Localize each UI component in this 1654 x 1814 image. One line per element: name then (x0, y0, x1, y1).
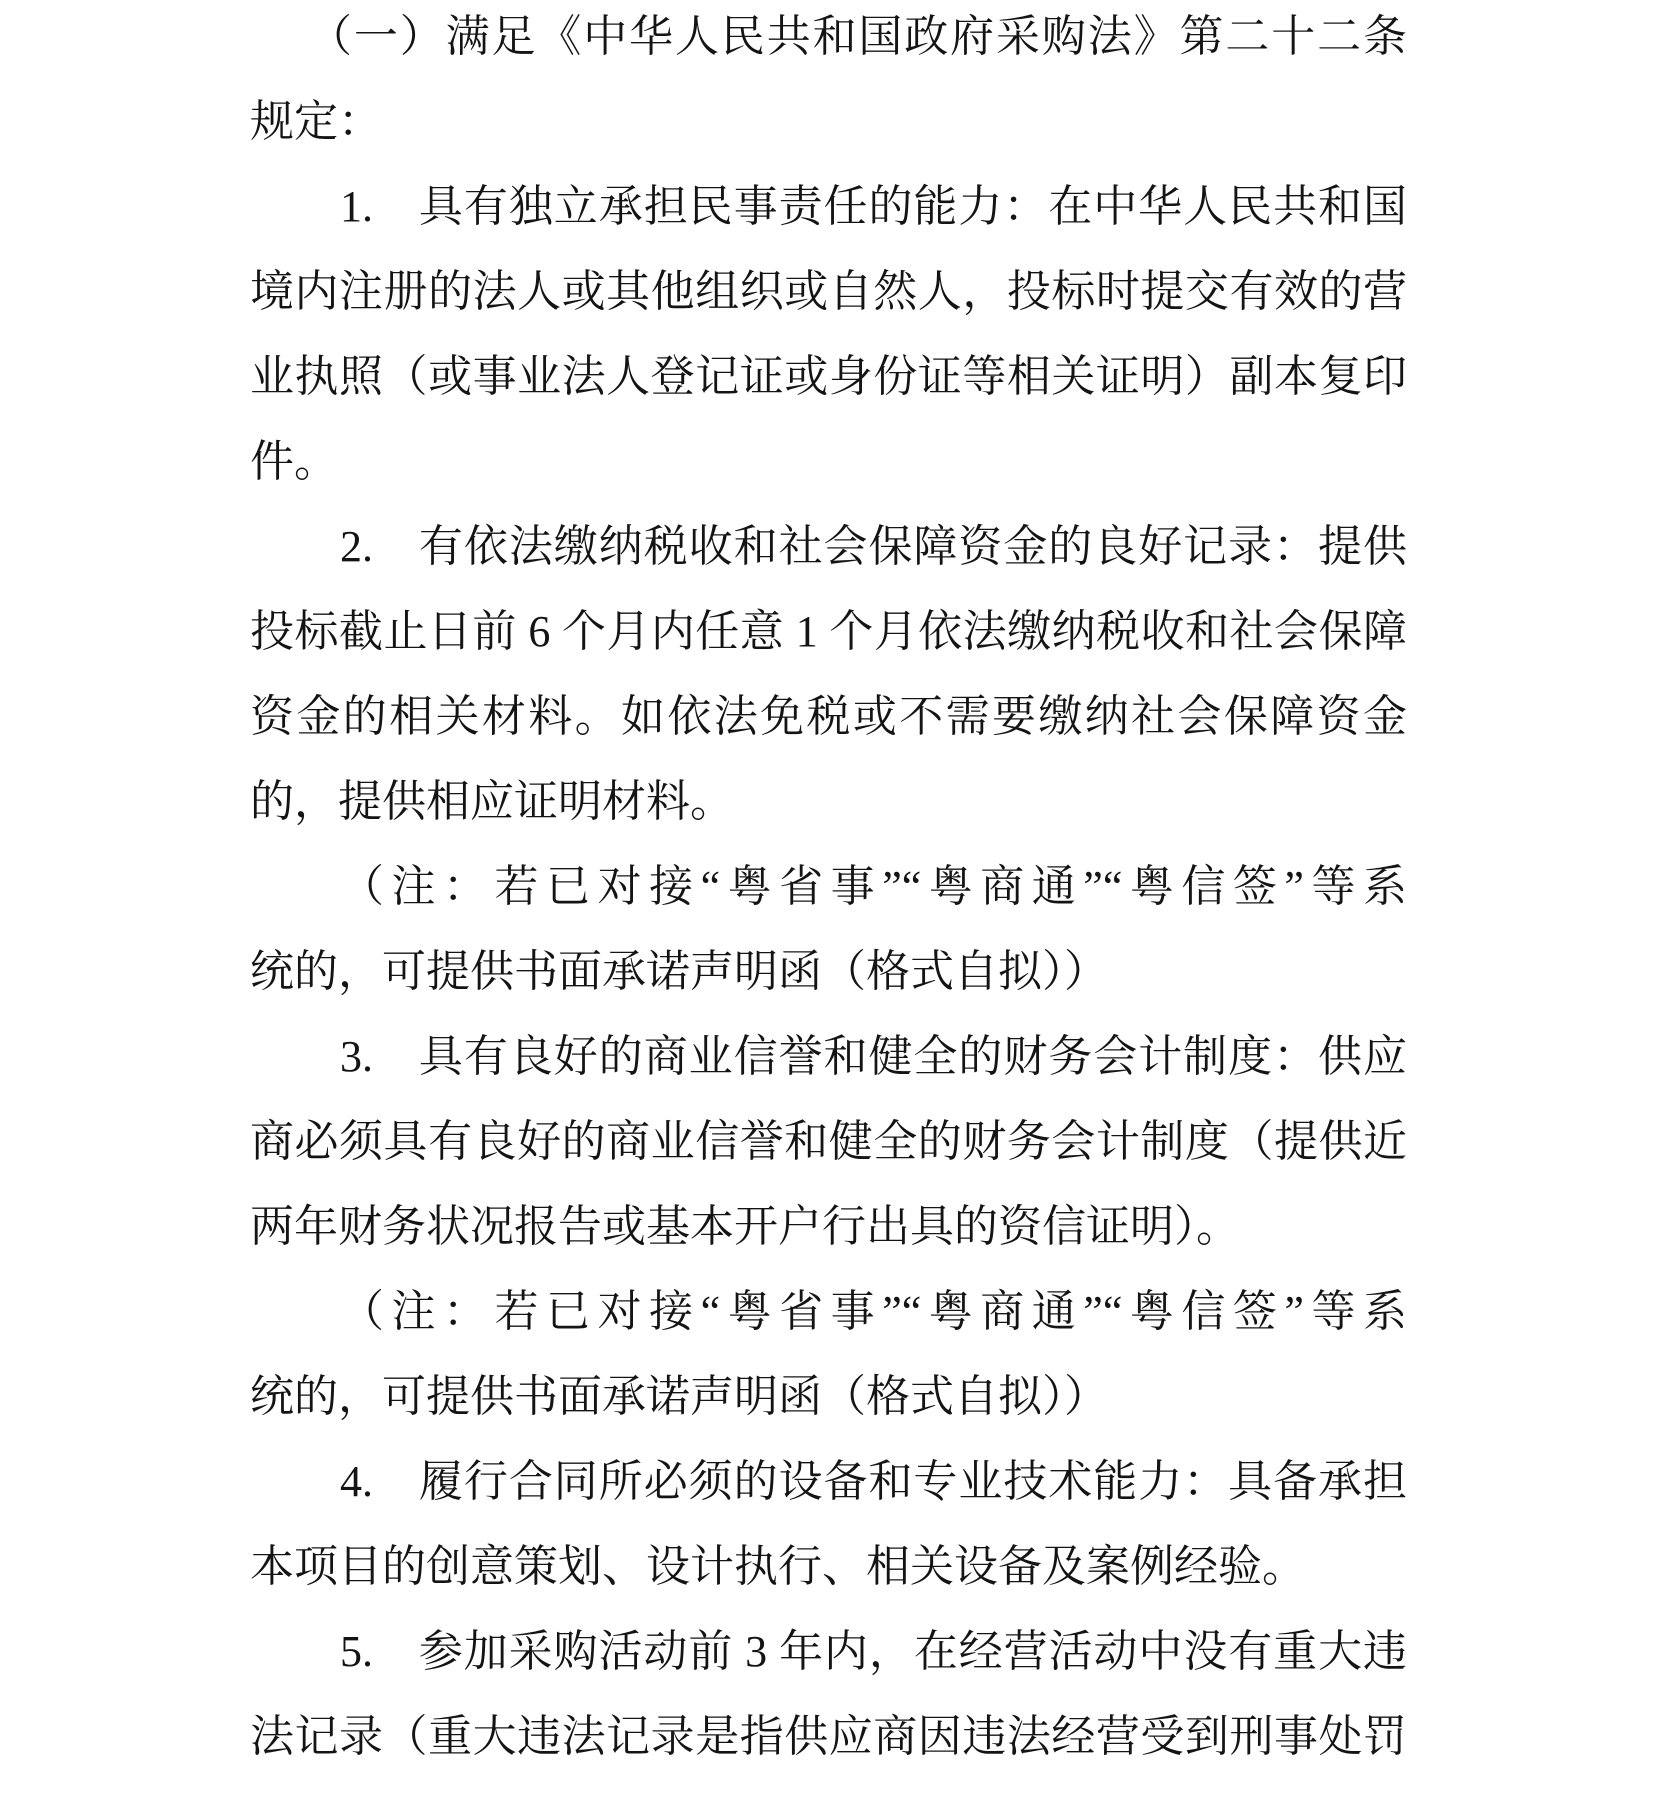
paragraph: 5. 参加采购活动前 3 年内，在经营活动中没有重大违法记录（重大违法记录是指供… (250, 1609, 1407, 1779)
text-line: （注：若已对接“粤省事”“粤商通”“粤信签”等系 (250, 1269, 1407, 1354)
text-line: 本项目的创意策划、设计执行、相关设备及案例经验。 (250, 1524, 1407, 1609)
text-line: 1. 具有独立承担民事责任的能力：在中华人民共和国 (250, 164, 1407, 249)
text-line: 规定： (250, 79, 1407, 164)
text-line: （注：若已对接“粤省事”“粤商通”“粤信签”等系 (250, 844, 1407, 929)
text-line: 2. 有依法缴纳税收和社会保障资金的良好记录：提供 (250, 504, 1407, 589)
text-line: 法记录（重大违法记录是指供应商因违法经营受到刑事处罚 (250, 1694, 1407, 1779)
text-line: 件。 (250, 419, 1407, 504)
document-body: （一）满足《中华人民共和国政府采购法》第二十二条规定：1. 具有独立承担民事责任… (250, 0, 1407, 1779)
text-line: 3. 具有良好的商业信誉和健全的财务会计制度：供应 (250, 1014, 1407, 1099)
text-line: 资金的相关材料。如依法免税或不需要缴纳社会保障资金 (250, 674, 1407, 759)
text-line: 的，提供相应证明材料。 (250, 759, 1407, 844)
text-line: 统的，可提供书面承诺声明函（格式自拟）） (250, 1354, 1407, 1439)
paragraph: （注：若已对接“粤省事”“粤商通”“粤信签”等系统的，可提供书面承诺声明函（格式… (250, 844, 1407, 1014)
text-line: 5. 参加采购活动前 3 年内，在经营活动中没有重大违 (250, 1609, 1407, 1694)
paragraph: 1. 具有独立承担民事责任的能力：在中华人民共和国境内注册的法人或其他组织或自然… (250, 164, 1407, 504)
text-line: 4. 履行合同所必须的设备和专业技术能力：具备承担 (250, 1439, 1407, 1524)
text-line: 两年财务状况报告或基本开户行出具的资信证明）。 (250, 1184, 1407, 1269)
text-line: 境内注册的法人或其他组织或自然人，投标时提交有效的营 (250, 249, 1407, 334)
text-line: 投标截止日前 6 个月内任意 1 个月依法缴纳税收和社会保障 (250, 589, 1407, 674)
text-line: （一）满足《中华人民共和国政府采购法》第二十二条 (250, 0, 1407, 79)
text-line: 统的，可提供书面承诺声明函（格式自拟）） (250, 929, 1407, 1014)
text-line: 业执照（或事业法人登记证或身份证等相关证明）副本复印 (250, 334, 1407, 419)
paragraph: （注：若已对接“粤省事”“粤商通”“粤信签”等系统的，可提供书面承诺声明函（格式… (250, 1269, 1407, 1439)
text-line: 商必须具有良好的商业信誉和健全的财务会计制度（提供近 (250, 1099, 1407, 1184)
paragraph: （一）满足《中华人民共和国政府采购法》第二十二条规定： (250, 0, 1407, 164)
paragraph: 3. 具有良好的商业信誉和健全的财务会计制度：供应商必须具有良好的商业信誉和健全… (250, 1014, 1407, 1269)
document-page: （一）满足《中华人民共和国政府采购法》第二十二条规定：1. 具有独立承担民事责任… (0, 0, 1654, 1814)
paragraph: 2. 有依法缴纳税收和社会保障资金的良好记录：提供投标截止日前 6 个月内任意 … (250, 504, 1407, 844)
paragraph: 4. 履行合同所必须的设备和专业技术能力：具备承担本项目的创意策划、设计执行、相… (250, 1439, 1407, 1609)
